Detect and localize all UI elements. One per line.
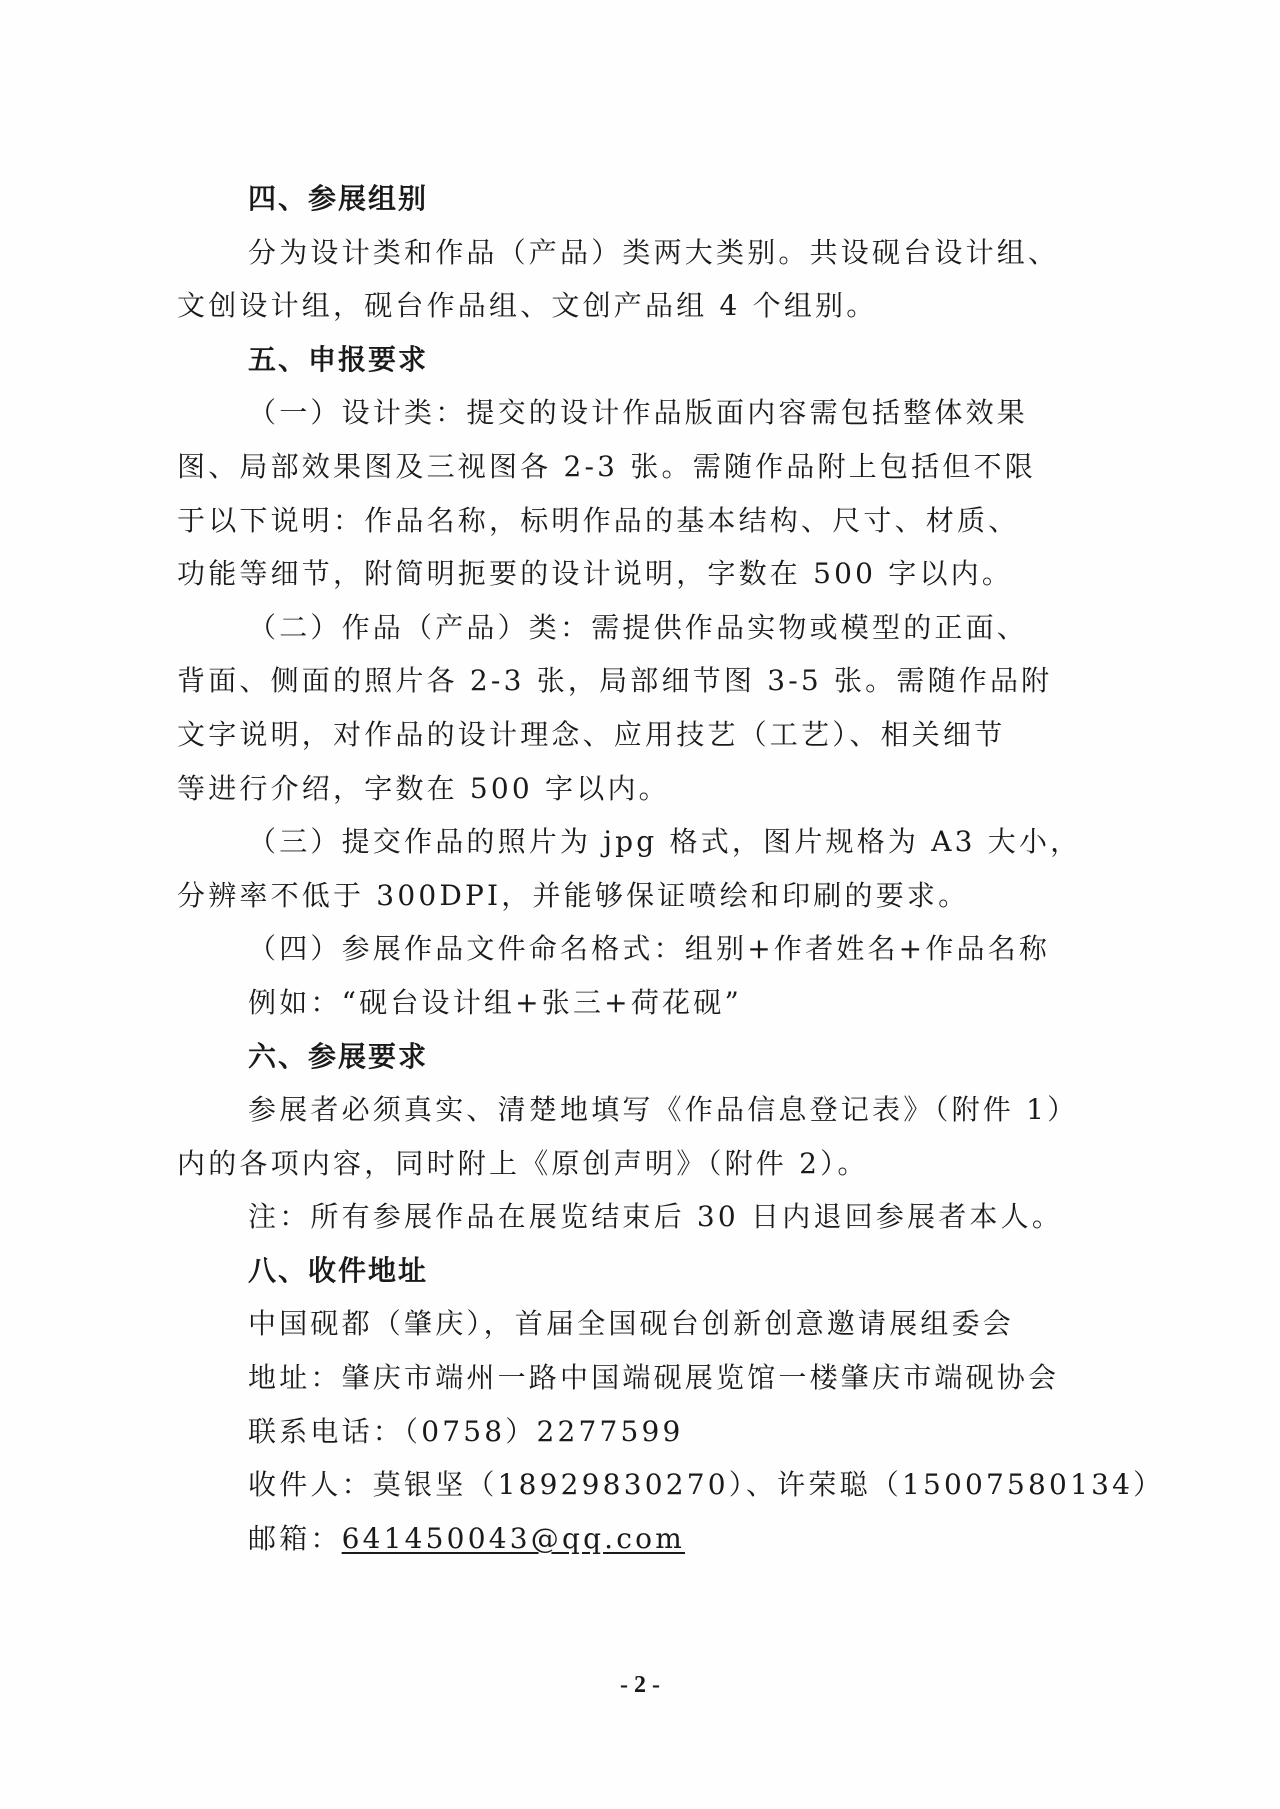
paragraph-line: 例如：“砚台设计组+张三+荷花砚” bbox=[177, 976, 1123, 1030]
section-heading-mailing-address: 八、收件地址 bbox=[177, 1244, 1123, 1298]
paragraph-line: 功能等细节，附简明扼要的设计说明，字数在 500 字以内。 bbox=[177, 547, 1123, 601]
section-heading-submission-requirements: 五、申报要求 bbox=[177, 333, 1123, 387]
page-number: - 2 - bbox=[0, 1672, 1280, 1699]
email-label: 邮箱： bbox=[248, 1522, 342, 1555]
document-page: 四、参展组别 分为设计类和作品（产品）类两大类别。共设砚台设计组、 文创设计组，… bbox=[0, 0, 1280, 1809]
paragraph-line: 等进行介绍，字数在 500 字以内。 bbox=[177, 762, 1123, 816]
paragraph-line: 背面、侧面的照片各 2-3 张，局部细节图 3-5 张。需随作品附 bbox=[177, 654, 1123, 708]
section-heading-participation-groups: 四、参展组别 bbox=[177, 172, 1123, 226]
paragraph-line: 图、局部效果图及三视图各 2-3 张。需随作品附上包括但不限 bbox=[177, 440, 1123, 494]
phone-line: 联系电话：（0758）2277599 bbox=[177, 1405, 1123, 1459]
paragraph-line: （一）设计类：提交的设计作品版面内容需包括整体效果 bbox=[177, 386, 1123, 440]
paragraph-line: （二）作品（产品）类：需提供作品实物或模型的正面、 bbox=[177, 601, 1123, 655]
paragraph-line: （四）参展作品文件命名格式：组别+作者姓名+作品名称 bbox=[177, 922, 1123, 976]
paragraph-line: 分辨率不低于 300DPI，并能够保证喷绘和印刷的要求。 bbox=[177, 869, 1123, 923]
organizer-line: 中国砚都（肇庆），首届全国砚台创新创意邀请展组委会 bbox=[177, 1297, 1123, 1351]
paragraph-line: 于以下说明：作品名称，标明作品的基本结构、尺寸、材质、 bbox=[177, 494, 1123, 548]
email-line: 邮箱：641450043@qq.com bbox=[177, 1512, 1123, 1566]
recipients-line: 收件人：莫银坚（18929830270）、许荣聪（15007580134） bbox=[177, 1458, 1123, 1512]
address-line: 地址：肇庆市端州一路中国端砚展览馆一楼肇庆市端砚协会 bbox=[177, 1351, 1123, 1405]
paragraph-line: 文字说明，对作品的设计理念、应用技艺（工艺）、相关细节 bbox=[177, 708, 1123, 762]
document-body: 四、参展组别 分为设计类和作品（产品）类两大类别。共设砚台设计组、 文创设计组，… bbox=[177, 172, 1123, 1565]
note-line: 注：所有参展作品在展览结束后 30 日内退回参展者本人。 bbox=[177, 1190, 1123, 1244]
paragraph-line: （三）提交作品的照片为 jpg 格式，图片规格为 A3 大小， bbox=[177, 815, 1123, 869]
paragraph-line: 分为设计类和作品（产品）类两大类别。共设砚台设计组、 bbox=[177, 226, 1123, 280]
paragraph-line: 内的各项内容，同时附上《原创声明》（附件 2）。 bbox=[177, 1137, 1123, 1191]
paragraph-line: 文创设计组，砚台作品组、文创产品组 4 个组别。 bbox=[177, 279, 1123, 333]
paragraph-line: 参展者必须真实、清楚地填写《作品信息登记表》（附件 1） bbox=[177, 1083, 1123, 1137]
section-heading-exhibition-requirements: 六、参展要求 bbox=[177, 1030, 1123, 1084]
email-link[interactable]: 641450043@qq.com bbox=[342, 1522, 685, 1555]
